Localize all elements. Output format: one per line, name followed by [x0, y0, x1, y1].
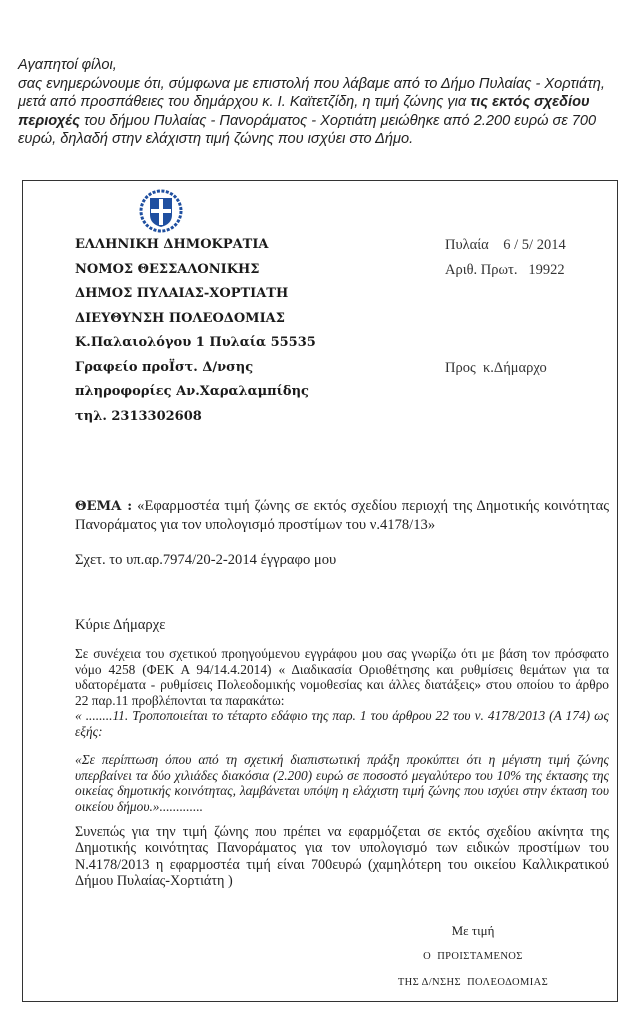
sender-line: ΔΙΕΥΘΥΝΣΗ ΠΟΛΕΟΔΟΜΙΑΣ — [75, 307, 316, 332]
salutation: Κύριε Δήμαρχε — [75, 617, 165, 634]
protocol-number: Αριθ. Πρωτ. 19922 — [445, 258, 566, 283]
subject-label: ΘΕΜΑ : — [75, 499, 132, 514]
conclusion-paragraph: Συνεπώς για την τιμή ζώνης που πρέπει να… — [75, 824, 609, 890]
body-text: Σε συνέχεια του σχετικού προηγούμενου εγ… — [75, 646, 609, 708]
intro-body-part2: του δήμου Πυλαίας - Πανοράματος - Χορτιά… — [18, 113, 596, 148]
intro-text: Αγαπητοί φίλοι, σας ενημερώνουμε ότι, σύ… — [18, 56, 618, 149]
law-quote: «Σε περίπτωση όπου από τη σχετική διαπισ… — [75, 752, 609, 814]
sender-line: Κ.Παλαιολόγου 1 Πυλαία 55535 — [75, 331, 316, 356]
date-protocol-block: Πυλαία 6 / 5/ 2014 Αριθ. Πρωτ. 19922 — [445, 233, 566, 282]
intro-greeting: Αγαπητοί φίλοι, — [18, 56, 618, 75]
intro-body: σας ενημερώνουμε ότι, σύμφωνα με επιστολ… — [18, 75, 618, 149]
reference-line: Σχετ. το υπ.αρ.7974/20-2-2014 έγγραφο μο… — [75, 552, 336, 569]
place-date: Πυλαία 6 / 5/ 2014 — [445, 233, 566, 258]
signatory-title: Ο ΠΡΟΙΣΤΑΜΕΝΟΣ — [353, 951, 593, 962]
official-letter: ΕΛΛΗΝΙΚΗ ΔΗΜΟΚΡΑΤΙΑ ΝΟΜΟΣ ΘΕΣΣΑΛΟΝΙΚΗΣ Δ… — [22, 180, 618, 1002]
subject-text: «Εφαρμοστέα τιμή ζώνης σε εκτός σχεδίου … — [75, 498, 609, 533]
sender-line: ΔΗΜΟΣ ΠΥΛΑΙΑΣ-ΧΟΡΤΙΑΤΗ — [75, 282, 316, 307]
recipient: Προς κ.Δήμαρχο — [445, 356, 547, 381]
sender-block: ΕΛΛΗΝΙΚΗ ΔΗΜΟΚΡΑΤΙΑ ΝΟΜΟΣ ΘΕΣΣΑΛΟΝΙΚΗΣ Δ… — [75, 233, 316, 429]
sender-line: ΝΟΜΟΣ ΘΕΣΣΑΛΟΝΙΚΗΣ — [75, 258, 316, 283]
subject: ΘΕΜΑ : «Εφαρμοστέα τιμή ζώνης σε εκτός σ… — [75, 497, 609, 535]
greek-coat-of-arms-icon — [139, 189, 183, 233]
sender-line: ΕΛΛΗΝΙΚΗ ΔΗΜΟΚΡΑΤΙΑ — [75, 233, 316, 258]
body-paragraph: Σε συνέχεια του σχετικού προηγούμενου εγ… — [75, 646, 609, 739]
body-italic-text: « ........11. Τροποποιείται το τέταρτο ε… — [75, 708, 609, 739]
sender-line: πληροφορίες Αν.Χαραλαμπίδης — [75, 380, 316, 405]
closing: Με τιμή — [353, 923, 593, 939]
sender-line: Γραφείο προΪστ. Δ/νσης — [75, 356, 316, 381]
signatory-department: ΤΗΣ Δ/ΝΣΗΣ ΠΟΛΕΟΔΟΜΙΑΣ — [353, 977, 593, 988]
sender-line: τηλ. 2313302608 — [75, 405, 316, 430]
